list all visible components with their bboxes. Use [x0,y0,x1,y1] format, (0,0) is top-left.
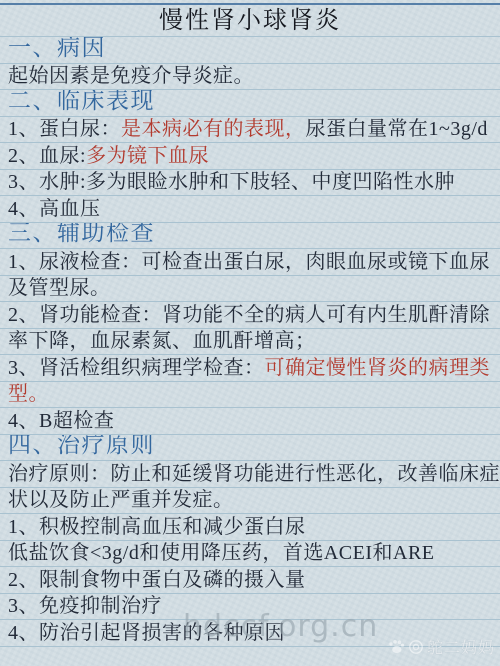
note-line: 1、尿液检查：可检查出蛋白尿，肉眼血尿或镜下血尿 [0,249,500,276]
note-line: 2、肾功能检查：肾功能不全的病人可有内生肌酐清除 [0,302,500,329]
section-heading: 一、病因 [0,37,500,64]
text-segment: 4、B超检查 [8,408,114,433]
note-line: 3、免疫抑制治疗 [0,594,500,621]
text-segment: 4、防治引起肾损害的各种原因 [8,620,285,645]
text-segment: 低盐饮食<3g/d和使用降压药，首选ACEI和ARE [8,541,435,566]
text-segment: 1、积极控制高血压和减少蛋白尿 [8,514,306,539]
text-segment: 型。 [8,382,49,407]
note-line: 4、防治引起肾损害的各种原因 [0,620,500,647]
text-segment: 四、治疗原则 [8,435,155,460]
note-line: 2、血尿:多为镜下血尿 [0,143,500,170]
text-segment: 4、高血压 [8,196,101,221]
note-line: 3、肾活检组织病理学检查：可确定慢性肾炎的病理类 [0,355,500,382]
page-title: 慢性肾小球肾炎 [159,0,341,35]
text-segment: 多为镜下血尿 [86,143,209,168]
note-line: 4、B超检查 [0,408,500,435]
note-line: 起始因素是免疫介导炎症。 [0,64,500,91]
text-segment: 2、限制食物中蛋白及磷的摄入量 [8,567,306,592]
text-segment: 尿蛋白量常在1~3g/d [306,117,488,142]
note-line: 型。 [0,382,500,409]
text-segment: 2、肾功能检查：肾功能不全的病人可有内生肌酐清除 [8,302,490,327]
text-segment: 三、辅助检查 [8,223,155,248]
text-segment: 2、血尿: [8,143,86,168]
text-segment: 二、临床表现 [8,90,155,115]
section-heading: 三、辅助检查 [0,223,500,250]
text-segment: 可确定慢性肾炎的病理类 [265,355,491,380]
note-line: 1、积极控制高血压和减少蛋白尿 [0,514,500,541]
text-segment: 一、病因 [8,37,106,62]
section-heading: 四、治疗原则 [0,435,500,462]
text-segment: 1、蛋白尿： [8,117,121,142]
text-segment: 1、尿液检查：可检查出蛋白尿，肉眼血尿或镜下血尿 [8,249,490,274]
section-heading: 二、临床表现 [0,90,500,117]
text-segment: 3、免疫抑制治疗 [8,594,162,619]
note-line: 低盐饮食<3g/d和使用降压药，首选ACEI和ARE [0,541,500,568]
text-segment: 及管型尿。 [8,276,111,301]
notes-page: 慢性肾小球肾炎 一、病因起始因素是免疫介导炎症。二、临床表现1、蛋白尿：是本病必… [0,0,500,666]
text-segment: 率下降，血尿素氮、血肌酐增高； [8,329,316,354]
note-line: 率下降，血尿素氮、血肌酐增高； [0,329,500,356]
text-segment: 起始因素是免疫介导炎症。 [8,64,254,89]
text-segment: 状以及防止严重并发症。 [8,488,234,513]
text-segment: 3、肾活检组织病理学检查： [8,355,265,380]
notes-content: 一、病因起始因素是免疫介导炎症。二、临床表现1、蛋白尿：是本病必有的表现，尿蛋白… [0,37,500,647]
note-line: 状以及防止严重并发症。 [0,488,500,515]
text-segment: 3、水肿:多为眼睑水肿和下肢轻、中度凹陷性水肿 [8,170,455,195]
title-row: 慢性肾小球肾炎 [0,5,500,37]
text-segment: 是本病必有的表现， [121,117,306,142]
note-line: 4、高血压 [0,196,500,223]
note-line: 2、限制食物中蛋白及磷的摄入量 [0,567,500,594]
text-segment: 治疗原则：防止和延缓肾功能进行性恶化，改善临床症 [8,461,500,486]
note-line: 1、蛋白尿：是本病必有的表现，尿蛋白量常在1~3g/d [0,117,500,144]
note-line: 治疗原则：防止和延缓肾功能进行性恶化，改善临床症 [0,461,500,488]
note-line: 3、水肿:多为眼睑水肿和下肢轻、中度凹陷性水肿 [0,170,500,197]
note-line: 及管型尿。 [0,276,500,303]
